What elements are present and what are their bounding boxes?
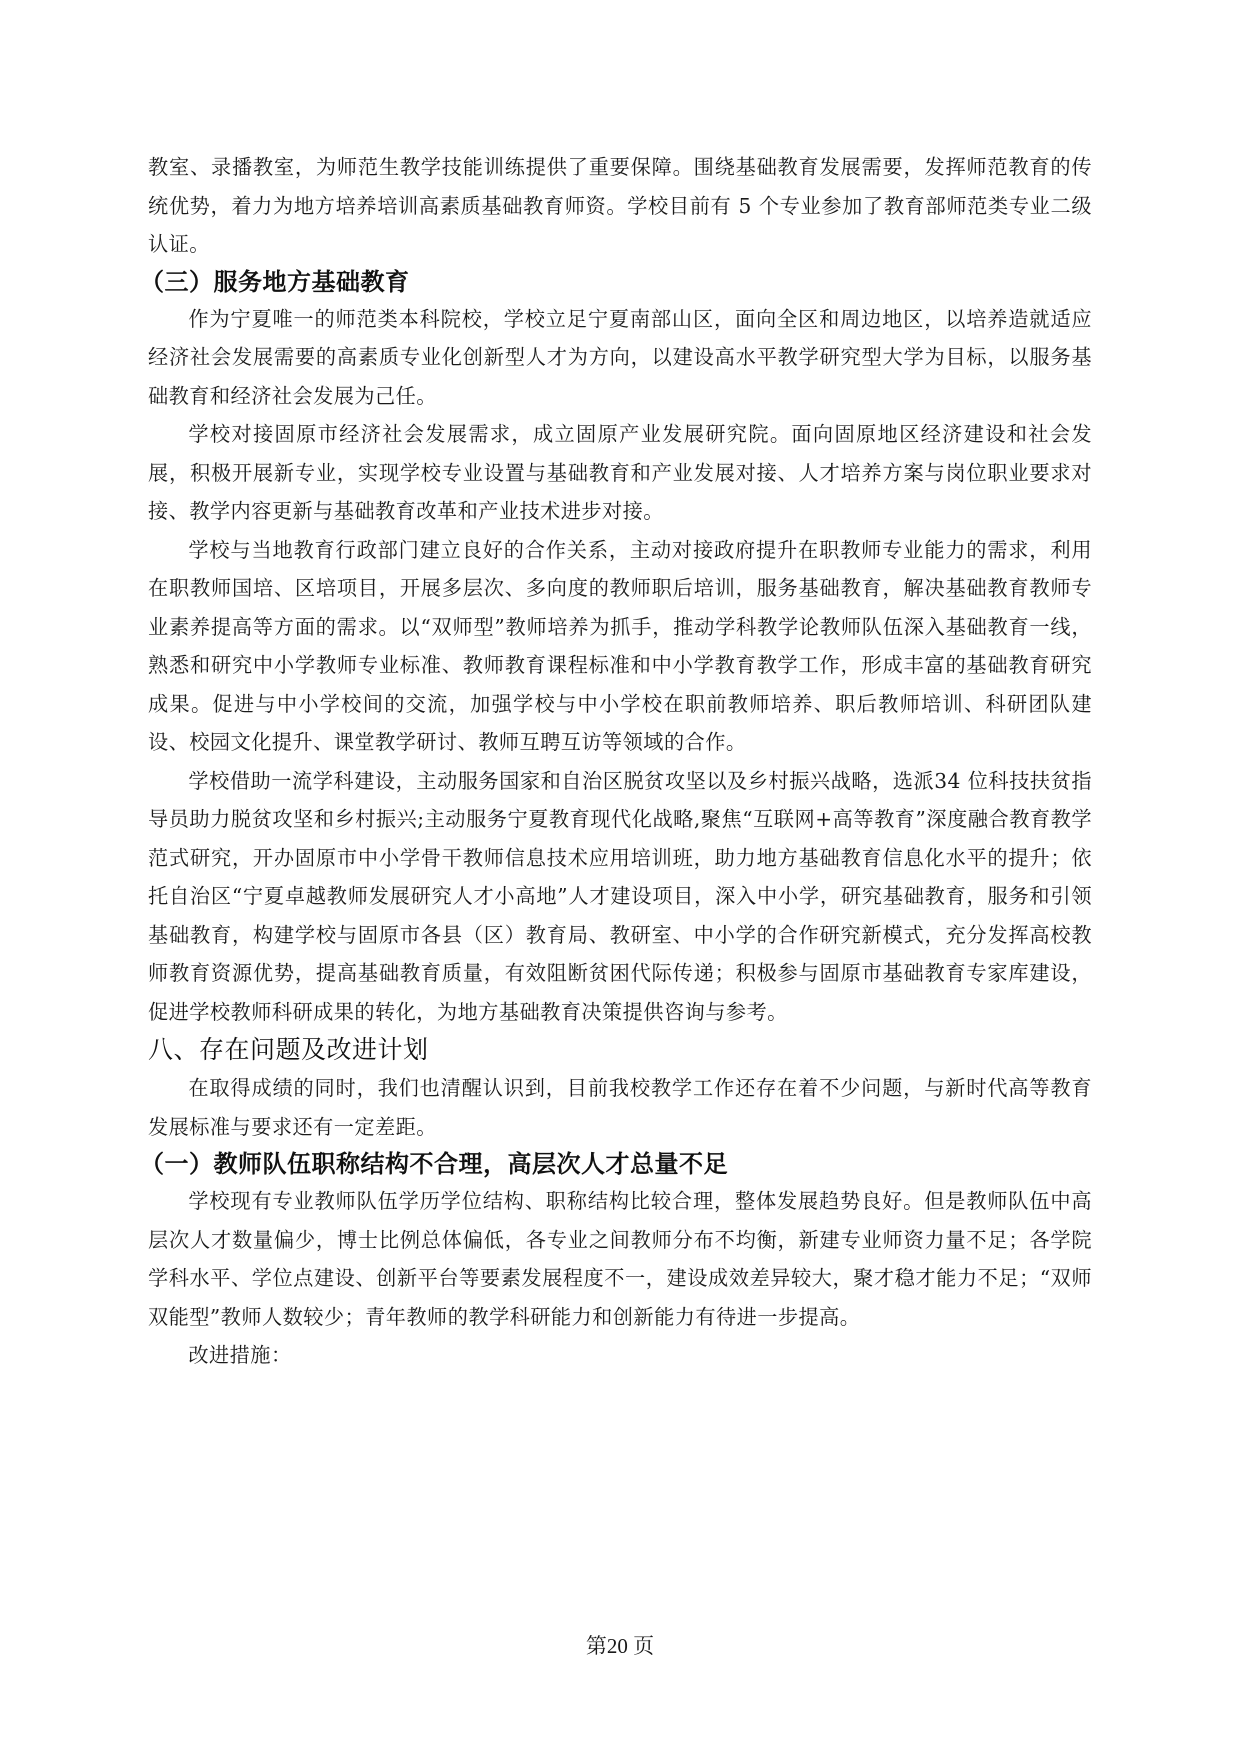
section-heading-faculty-structure: （一）教师队伍职称结构不合理，高层次人才总量不足: [140, 1146, 1092, 1182]
paragraph-positioning: 作为宁夏唯一的师范类本科院校，学校立足宁夏南部山区，面向全区和周边地区，以培养造…: [148, 300, 1092, 416]
section-heading-serve-local-education: （三）服务地方基础教育: [140, 264, 1092, 300]
document-page: 教室、录播教室，为师范生教学技能训练提供了重要保障。围绕基础教育发展需要，发挥师…: [148, 148, 1092, 1375]
chapter-heading-problems-and-plans: 八、存在问题及改进计划: [148, 1031, 1092, 1069]
paragraph-cooperation: 学校与当地教育行政部门建立良好的合作关系，主动对接政府提升在职教师专业能力的需求…: [148, 531, 1092, 762]
page-number: 第20 页: [0, 1630, 1240, 1660]
paragraph-faculty-issues: 学校现有专业教师队伍学历学位结构、职称结构比较合理，整体发展趋势良好。但是教师队…: [148, 1182, 1092, 1336]
paragraph-training-support: 教室、录播教室，为师范生教学技能训练提供了重要保障。围绕基础教育发展需要，发挥师…: [148, 148, 1092, 264]
paragraph-improvement-measures: 改进措施：: [148, 1336, 1092, 1375]
paragraph-rural-revitalization: 学校借助一流学科建设，主动服务国家和自治区脱贫攻坚以及乡村振兴战略，选派34 位…: [148, 762, 1092, 1032]
paragraph-guyuan-industry: 学校对接固原市经济社会发展需求，成立固原产业发展研究院。面向固原地区经济建设和社…: [148, 415, 1092, 531]
paragraph-problems-intro: 在取得成绩的同时，我们也清醒认识到，目前我校教学工作还存在着不少问题，与新时代高…: [148, 1069, 1092, 1146]
